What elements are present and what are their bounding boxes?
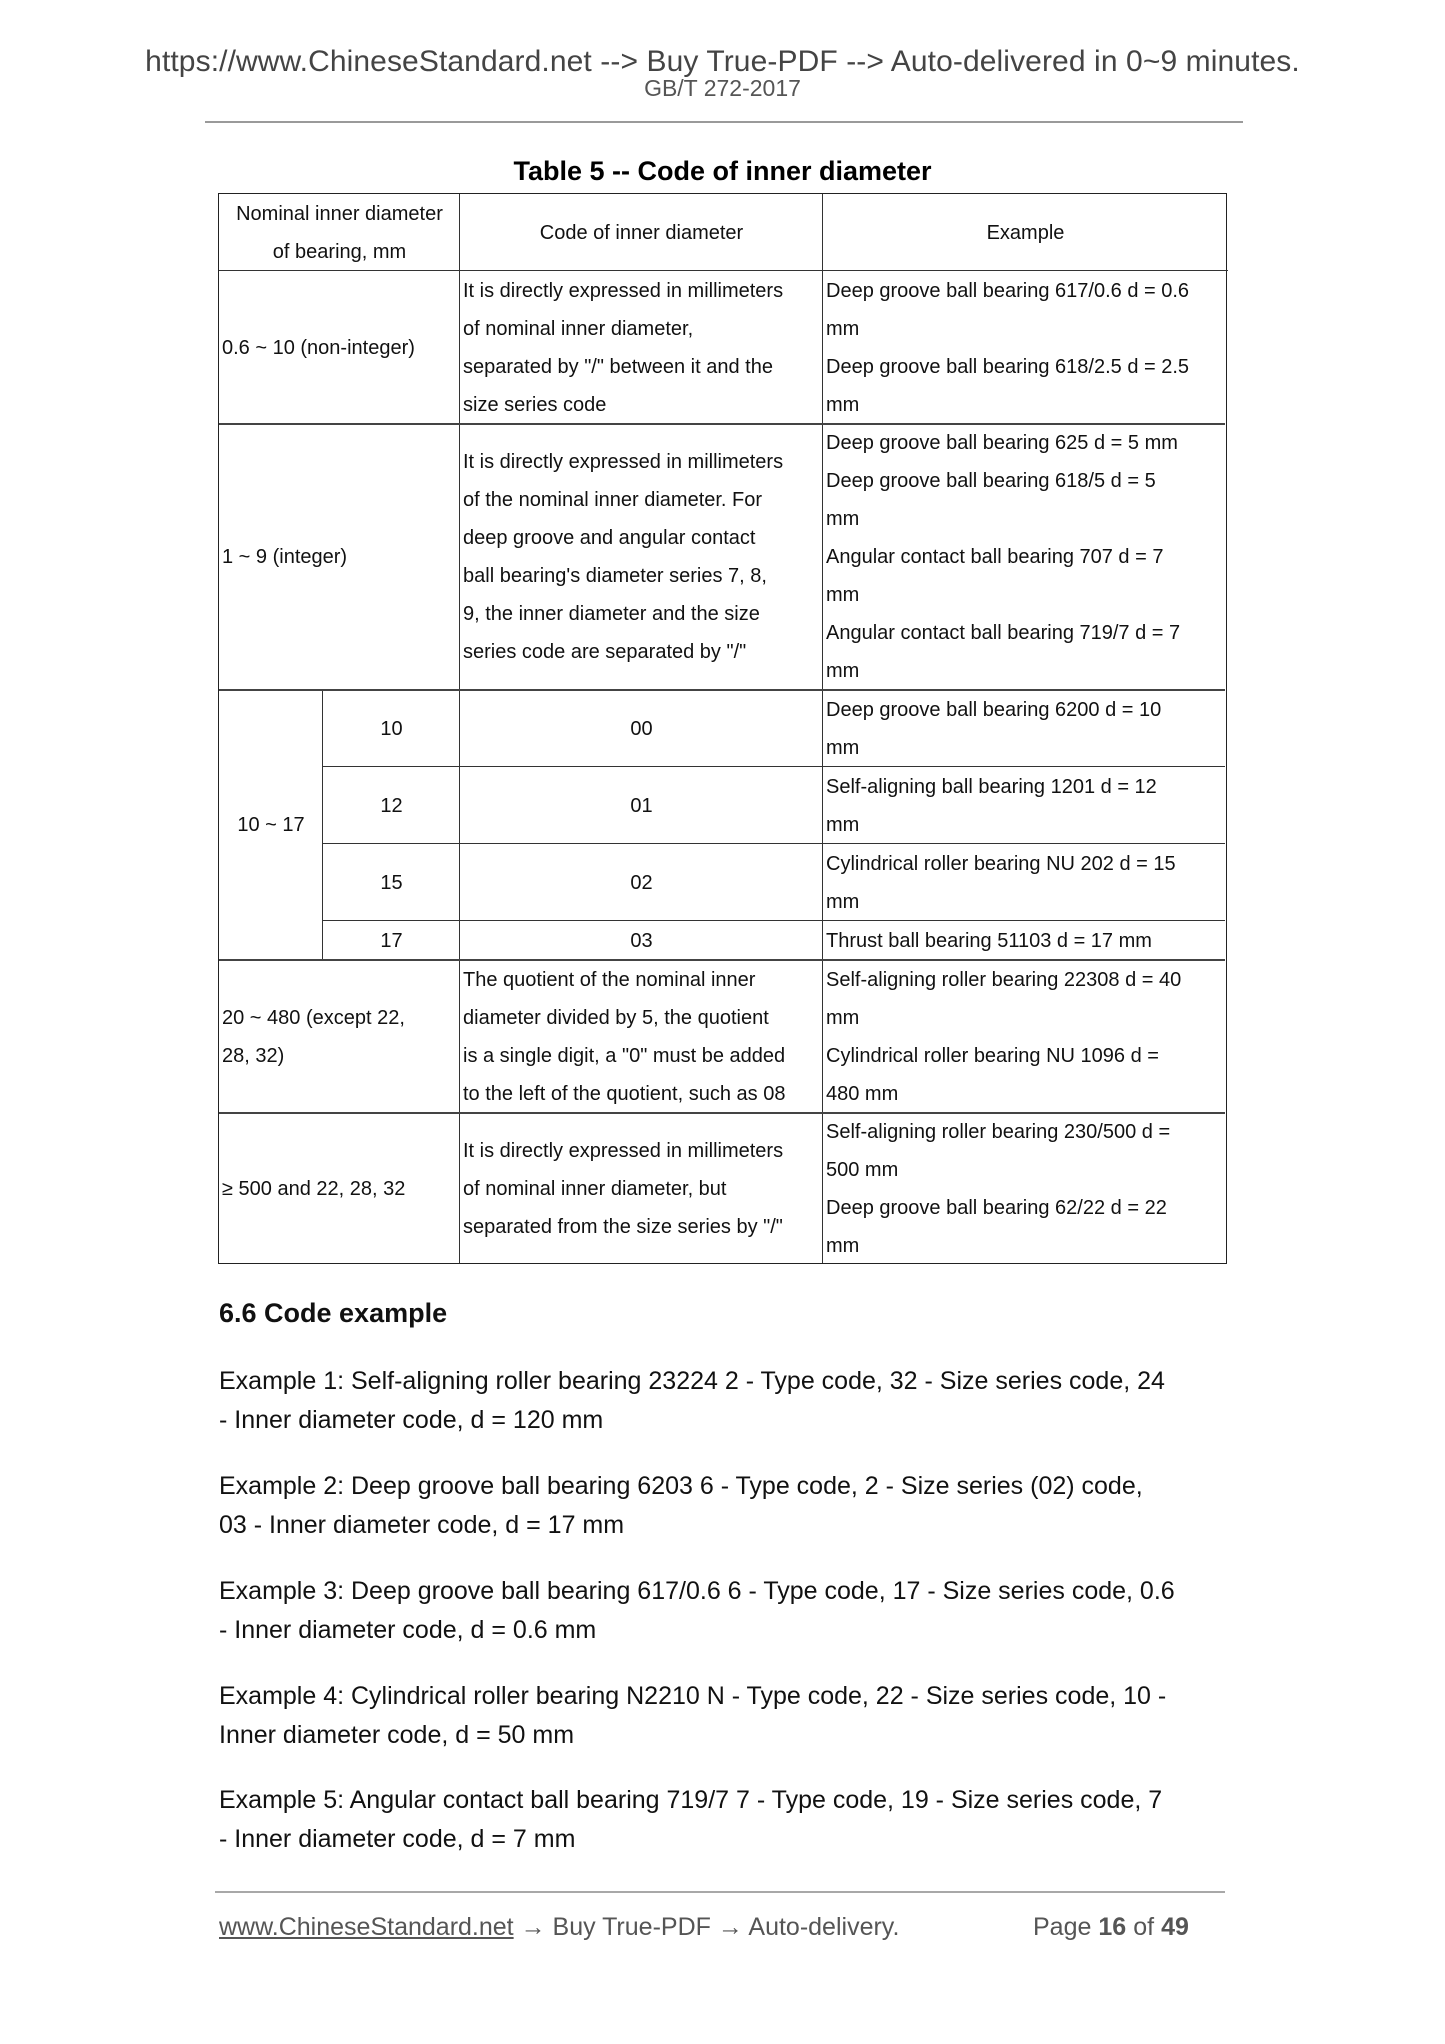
footer-promo: www.ChineseStandard.net → Buy True-PDF →… xyxy=(219,1912,899,1942)
cell-text: to the left of the quotient, such as 08 xyxy=(463,1075,820,1113)
cell-text: size series code xyxy=(463,386,820,424)
cell-nominal-range: 20 ~ 480 (except 22,28, 32) xyxy=(219,960,460,1113)
cell-nominal-range: 1 ~ 9 (integer) xyxy=(219,424,460,690)
of-label: of xyxy=(1133,1913,1154,1941)
cell-text: 01 xyxy=(463,787,820,825)
cell-example: Deep groove ball bearing 6200 d = 10mm xyxy=(823,690,1228,767)
cell-text: It is directly expressed in millimeters xyxy=(463,443,820,481)
cell-text: 28, 32) xyxy=(222,1037,457,1075)
document-id: GB/T 272-2017 xyxy=(0,75,1445,101)
cell-text: mm xyxy=(826,999,1225,1037)
cell-example: Thrust ball bearing 51103 d = 17 mm xyxy=(823,921,1228,960)
cell-nominal-range: 0.6 ~ 10 (non-integer) xyxy=(219,271,460,424)
cell-text: mm xyxy=(826,576,1225,614)
table-title: Table 5 -- Code of inner diameter xyxy=(218,155,1227,187)
example-paragraph: Example 2: Deep groove ball bearing 6203… xyxy=(219,1467,1229,1544)
cell-text: The quotient of the nominal inner xyxy=(463,961,820,999)
cell-text: Deep groove ball bearing 617/0.6 d = 0.6 xyxy=(826,272,1225,310)
cell-example: Deep groove ball bearing 617/0.6 d = 0.6… xyxy=(823,271,1228,424)
cell-text: mm xyxy=(826,500,1225,538)
cell-text: ball bearing's diameter series 7, 8, xyxy=(463,557,820,595)
cell-text: 500 mm xyxy=(826,1151,1225,1189)
example-paragraph: Example 4: Cylindrical roller bearing N2… xyxy=(219,1677,1229,1754)
cell-code: 01 xyxy=(460,767,823,844)
column-header-nominal-diameter: Nominal inner diameterof bearing, mm xyxy=(219,194,460,271)
cell-nominal-diameter: 10 xyxy=(323,690,460,767)
cell-text: 17 xyxy=(326,922,457,960)
cell-text: 10 xyxy=(326,710,457,748)
cell-text: is a single digit, a "0" must be added xyxy=(463,1037,820,1075)
cell-text: mm xyxy=(826,883,1225,921)
cell-text: separated from the size series by "/" xyxy=(463,1208,820,1246)
example-text: Example 1: Self-aligning roller bearing … xyxy=(219,1362,1229,1401)
cell-text: Self-aligning roller bearing 230/500 d = xyxy=(826,1113,1225,1151)
cell-text: 15 xyxy=(326,864,457,902)
cell-text: Thrust ball bearing 51103 d = 17 mm xyxy=(826,922,1225,960)
example-text: - Inner diameter code, d = 7 mm xyxy=(219,1820,1229,1859)
cell-text: Deep groove ball bearing 618/5 d = 5 xyxy=(826,462,1225,500)
column-header-example: Example xyxy=(823,194,1228,271)
footer-divider xyxy=(215,1891,1225,1893)
cell-text: Nominal inner diameter xyxy=(222,195,457,233)
cell-text: 9, the inner diameter and the size xyxy=(463,595,820,633)
cell-text: Deep groove ball bearing 625 d = 5 mm xyxy=(826,424,1225,462)
cell-text: Deep groove ball bearing 62/22 d = 22 xyxy=(826,1189,1225,1227)
example-text: Inner diameter code, d = 50 mm xyxy=(219,1716,1229,1755)
example-paragraph: Example 3: Deep groove ball bearing 617/… xyxy=(219,1572,1229,1649)
cell-text: separated by "/" between it and the xyxy=(463,348,820,386)
cell-text: of nominal inner diameter, but xyxy=(463,1170,820,1208)
cell-example: Cylindrical roller bearing NU 202 d = 15… xyxy=(823,844,1228,921)
page-current: 16 xyxy=(1098,1913,1126,1941)
cell-text: It is directly expressed in millimeters xyxy=(463,272,820,310)
cell-text: mm xyxy=(826,310,1225,348)
cell-text: 10 ~ 17 xyxy=(222,806,320,844)
cell-nominal-diameter: 15 xyxy=(323,844,460,921)
cell-text: of the nominal inner diameter. For xyxy=(463,481,820,519)
cell-text: Cylindrical roller bearing NU 202 d = 15 xyxy=(826,845,1225,883)
example-paragraph: Example 5: Angular contact ball bearing … xyxy=(219,1781,1229,1858)
cell-code: 02 xyxy=(460,844,823,921)
cell-text: Self-aligning roller bearing 22308 d = 4… xyxy=(826,961,1225,999)
page-indicator: Page16of49 xyxy=(1033,1912,1189,1942)
cell-text: mm xyxy=(826,729,1225,767)
cell-text: 0.6 ~ 10 (non-integer) xyxy=(222,329,457,367)
cell-text: 03 xyxy=(463,922,820,960)
example-text: Example 4: Cylindrical roller bearing N2… xyxy=(219,1677,1229,1716)
header-divider xyxy=(205,121,1243,123)
cell-text: series code are separated by "/" xyxy=(463,633,820,671)
cell-example: Deep groove ball bearing 625 d = 5 mmDee… xyxy=(823,424,1228,690)
cell-text: Deep groove ball bearing 618/2.5 d = 2.5 xyxy=(826,348,1225,386)
cell-nominal-range: ≥ 500 and 22, 28, 32 xyxy=(219,1113,460,1265)
cell-text: deep groove and angular contact xyxy=(463,519,820,557)
cell-text: Cylindrical roller bearing NU 1096 d = xyxy=(826,1037,1225,1075)
cell-text: 12 xyxy=(326,787,457,825)
cell-code-description: It is directly expressed in millimeterso… xyxy=(460,424,823,690)
cell-code-description: It is directly expressed in millimeterso… xyxy=(460,271,823,424)
cell-text: mm xyxy=(826,1227,1225,1265)
inner-diameter-code-table: Nominal inner diameterof bearing, mmCode… xyxy=(218,193,1227,1264)
example-text: 03 - Inner diameter code, d = 17 mm xyxy=(219,1506,1229,1545)
example-text: Example 2: Deep groove ball bearing 6203… xyxy=(219,1467,1229,1506)
cell-text: Angular contact ball bearing 719/7 d = 7 xyxy=(826,614,1225,652)
cell-text: diameter divided by 5, the quotient xyxy=(463,999,820,1037)
section-heading: 6.6 Code example xyxy=(219,1297,447,1329)
cell-text: Angular contact ball bearing 707 d = 7 xyxy=(826,538,1225,576)
cell-text: of bearing, mm xyxy=(222,233,457,271)
cell-text: 1 ~ 9 (integer) xyxy=(222,538,457,576)
page-label: Page xyxy=(1033,1913,1091,1941)
cell-text: Code of inner diameter xyxy=(463,214,820,252)
cell-text: mm xyxy=(826,386,1225,424)
cell-nominal-range: 10 ~ 17 xyxy=(219,690,323,960)
cell-text: ≥ 500 and 22, 28, 32 xyxy=(222,1170,457,1208)
cell-text: Example xyxy=(826,214,1225,252)
cell-text: 02 xyxy=(463,864,820,902)
column-header-code: Code of inner diameter xyxy=(460,194,823,271)
cell-text: mm xyxy=(826,652,1225,690)
cell-text: Deep groove ball bearing 6200 d = 10 xyxy=(826,691,1225,729)
cell-code: 03 xyxy=(460,921,823,960)
example-paragraph: Example 1: Self-aligning roller bearing … xyxy=(219,1362,1229,1439)
example-text: Example 3: Deep groove ball bearing 617/… xyxy=(219,1572,1229,1611)
footer-site-link[interactable]: www.ChineseStandard.net xyxy=(219,1913,514,1941)
cell-text: of nominal inner diameter, xyxy=(463,310,820,348)
cell-code: 00 xyxy=(460,690,823,767)
example-text: Example 5: Angular contact ball bearing … xyxy=(219,1781,1229,1820)
cell-example: Self-aligning roller bearing 230/500 d =… xyxy=(823,1113,1228,1265)
footer-promo-text: → Buy True-PDF → Auto-delivery. xyxy=(514,1913,900,1941)
example-text: - Inner diameter code, d = 0.6 mm xyxy=(219,1611,1229,1650)
cell-text: It is directly expressed in millimeters xyxy=(463,1132,820,1170)
example-text: - Inner diameter code, d = 120 mm xyxy=(219,1401,1229,1440)
page-total: 49 xyxy=(1161,1913,1189,1941)
cell-code-description: The quotient of the nominal innerdiamete… xyxy=(460,960,823,1113)
cell-nominal-diameter: 12 xyxy=(323,767,460,844)
cell-code-description: It is directly expressed in millimeterso… xyxy=(460,1113,823,1265)
cell-text: 00 xyxy=(463,710,820,748)
cell-text: Self-aligning ball bearing 1201 d = 12 xyxy=(826,768,1225,806)
cell-text: 480 mm xyxy=(826,1075,1225,1113)
cell-example: Self-aligning roller bearing 22308 d = 4… xyxy=(823,960,1228,1113)
cell-example: Self-aligning ball bearing 1201 d = 12mm xyxy=(823,767,1228,844)
cell-nominal-diameter: 17 xyxy=(323,921,460,960)
cell-text: mm xyxy=(826,806,1225,844)
cell-text: 20 ~ 480 (except 22, xyxy=(222,999,457,1037)
